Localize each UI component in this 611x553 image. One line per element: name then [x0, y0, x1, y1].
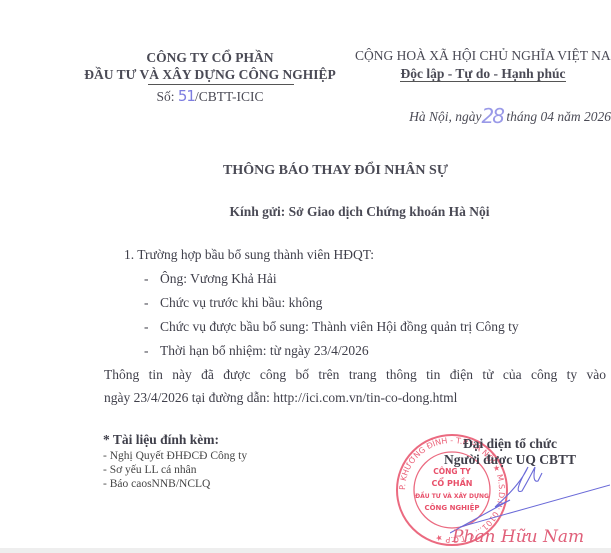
signature-icon	[450, 455, 610, 535]
document-number-handwritten: 51	[178, 87, 195, 105]
recipient-line: Kính gửi: Sở Giao dịch Chứng khoán Hà Nộ…	[0, 204, 611, 220]
list-item-text: Thời hạn bổ nhiệm: từ ngày 23/4/2026	[160, 343, 369, 358]
date-suffix: tháng 04 năm 2026	[503, 109, 611, 124]
document-page: CÔNG TY CỔ PHẦN ĐẦU TƯ VÀ XÂY DỰNG CÔNG …	[0, 0, 611, 553]
attachment-item: - Báo caosNNB/NCLQ	[103, 478, 210, 490]
bullet-dash: -	[144, 319, 160, 335]
date-prefix: Hà Nội, ngày	[409, 109, 481, 124]
date-day-handwritten: 28	[482, 104, 503, 128]
disclosure-line1: Thông tin này đã được công bố trên trang…	[104, 367, 606, 383]
section-heading: 1. Trường hợp bầu bổ sung thành viên HĐQ…	[124, 247, 374, 263]
list-item-text: Chức vụ trước khi bầu: không	[160, 295, 322, 310]
list-item-text: Ông: Vương Khả Hải	[160, 271, 277, 286]
document-number: Số: 51/CBTT-ICIC	[80, 87, 340, 105]
bullet-dash: -	[144, 343, 160, 359]
document-number-label: Số:	[157, 89, 178, 104]
document-date: Hà Nội, ngày28 tháng 04 năm 2026	[362, 102, 611, 126]
attachment-item: - Nghị Quyết ĐHĐCĐ Công ty	[103, 450, 247, 462]
national-motto: Độc lập - Tự do - Hạnh phúc	[355, 66, 611, 82]
list-item: -Ông: Vương Khả Hải	[144, 271, 277, 287]
company-name-line1: CÔNG TY CỔ PHẦN	[80, 50, 340, 66]
attachments-title: * Tài liệu đính kèm:	[103, 432, 219, 448]
page-bottom-edge	[0, 548, 611, 553]
company-underline	[148, 84, 294, 85]
attachment-item: - Sơ yếu LL cá nhân	[103, 464, 196, 476]
list-item: -Chức vụ được bầu bổ sung: Thành viên Hộ…	[144, 319, 519, 335]
national-header: CỘNG HOÀ XÃ HỘI CHỦ NGHĨA VIỆT NAM	[355, 48, 611, 64]
disclosure-line2: ngày 23/4/2026 tại đường dẫn: http://ici…	[104, 390, 457, 406]
company-name-line2: ĐẦU TƯ VÀ XÂY DỰNG CÔNG NGHIỆP	[80, 67, 340, 83]
document-title: THÔNG BÁO THAY ĐỔI NHÂN SỰ	[0, 163, 611, 179]
document-number-suffix: /CBTT-ICIC	[195, 89, 264, 104]
national-motto-text: Độc lập - Tự do - Hạnh phúc	[400, 66, 565, 82]
bullet-dash: -	[144, 295, 160, 311]
signer-role-organization: Đại diện tổ chức	[420, 436, 600, 452]
company-name-line2-text: ĐẦU TƯ VÀ XÂY DỰNG CÔNG NGHIỆP	[84, 67, 336, 82]
list-item-text: Chức vụ được bầu bổ sung: Thành viên Hội…	[160, 319, 519, 334]
list-item: -Chức vụ trước khi bầu: không	[144, 295, 322, 311]
signer-name: Phan Hữu Nam	[452, 527, 584, 547]
list-item: -Thời hạn bổ nhiệm: từ ngày 23/4/2026	[144, 343, 369, 359]
bullet-dash: -	[144, 271, 160, 287]
